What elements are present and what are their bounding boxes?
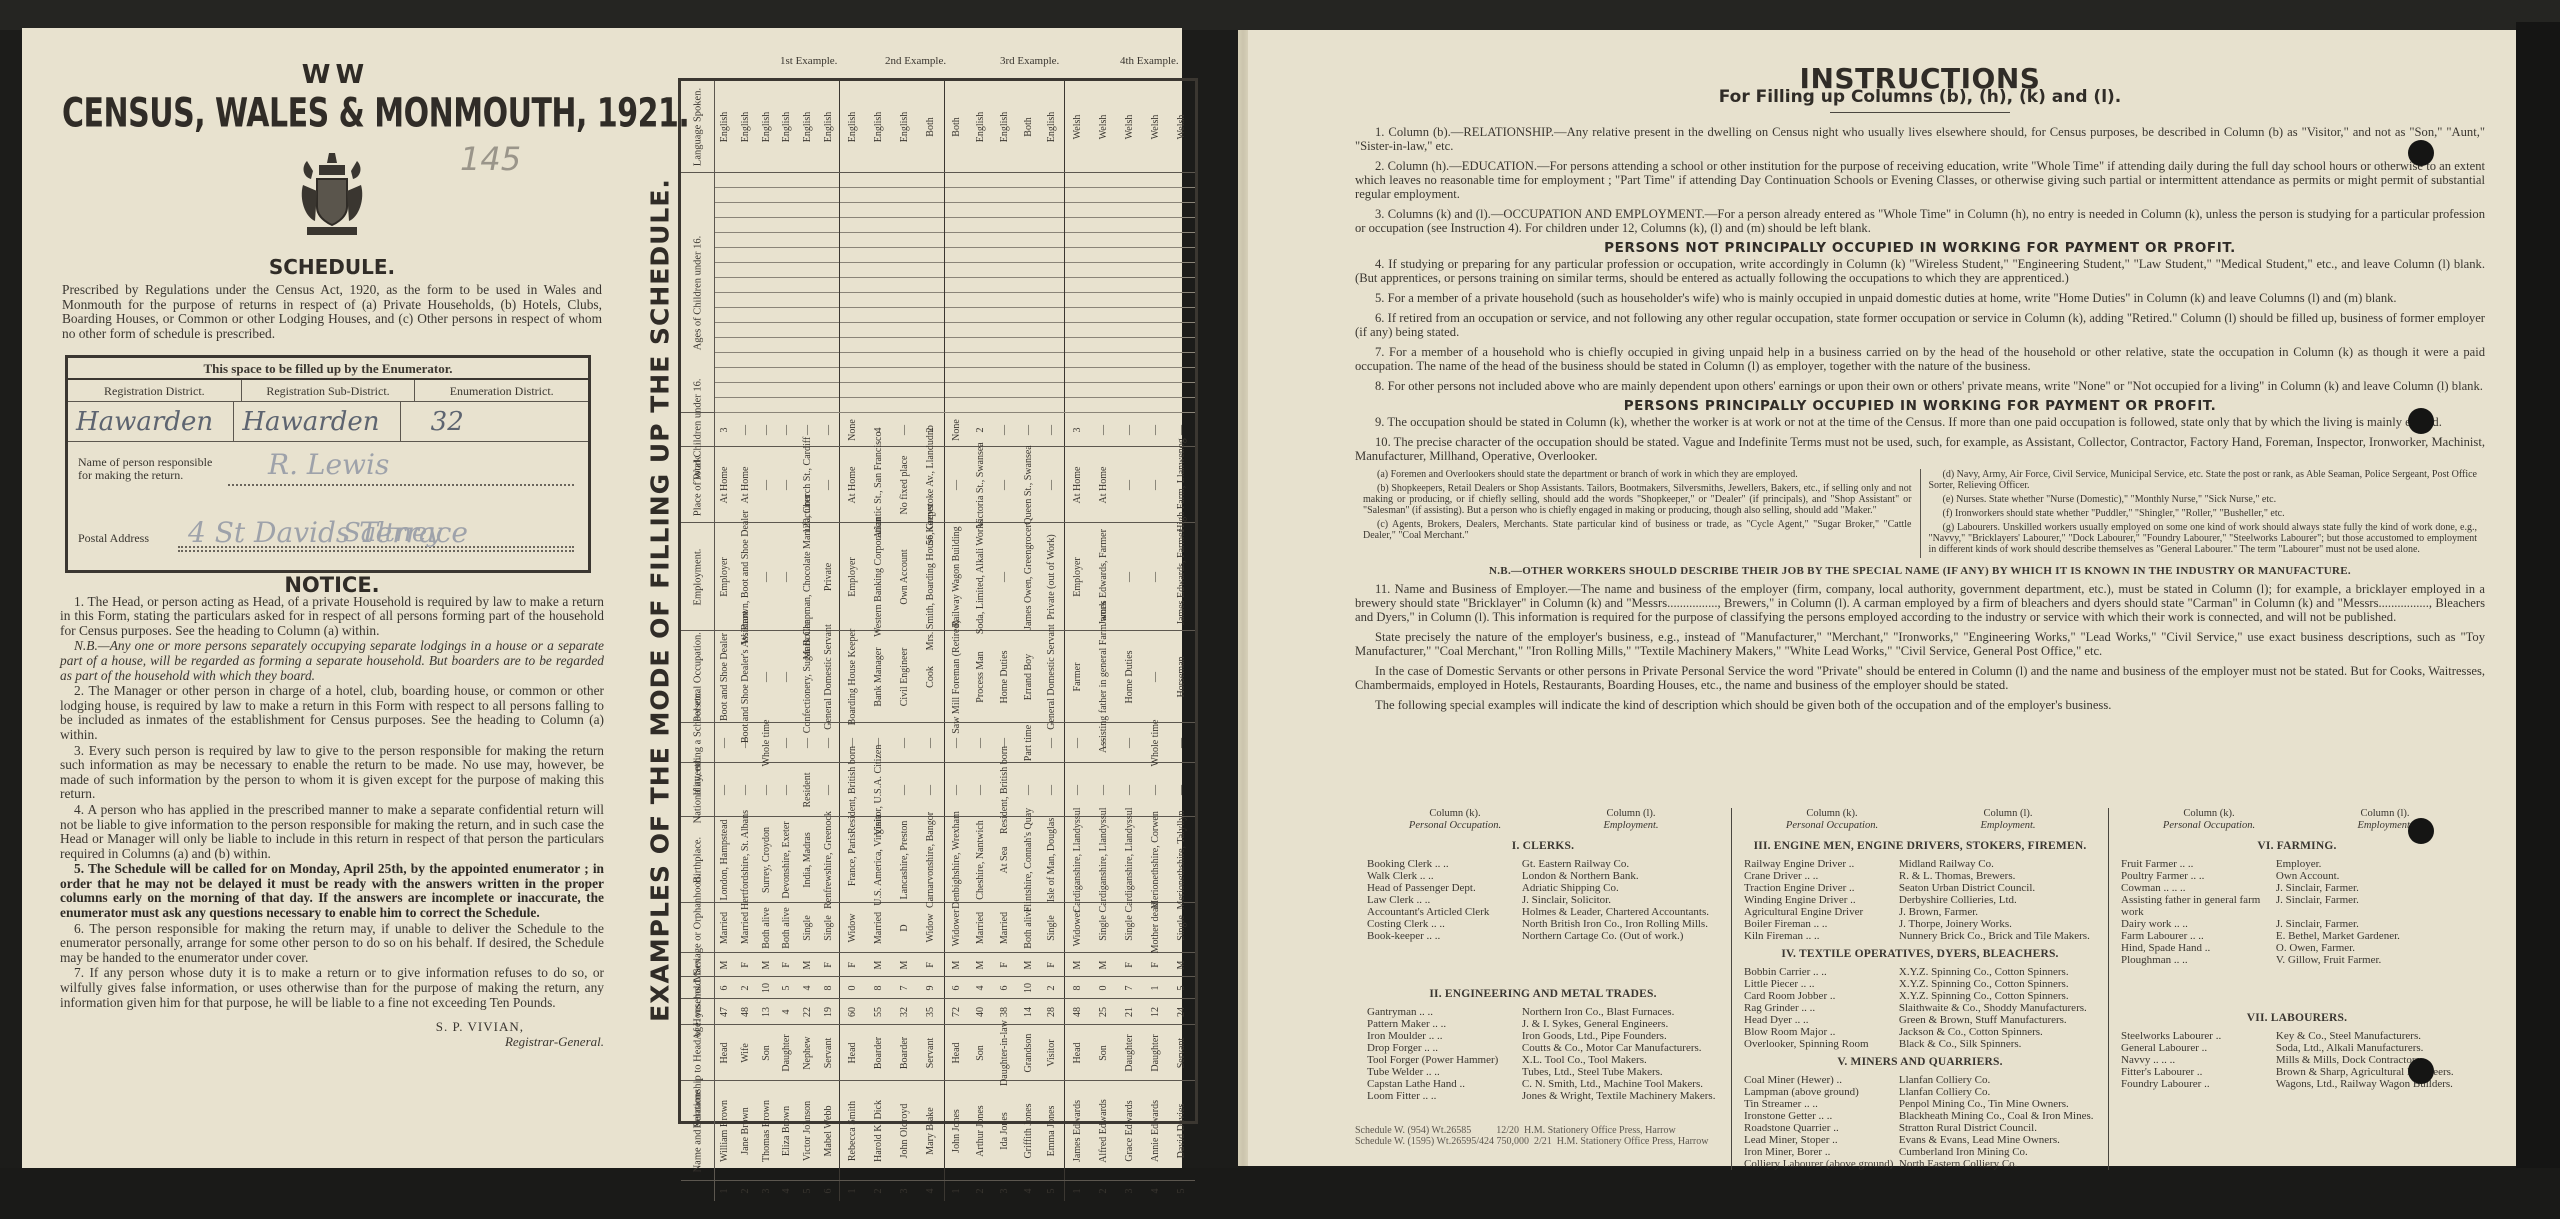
table-cell-value: Annie Edwards xyxy=(1151,1100,1162,1162)
printer-imprint-line-2: Schedule W. (1595) Wt.26595/424 750,000 … xyxy=(1355,1136,1708,1147)
table-cell: — xyxy=(777,631,798,722)
table-cell: 10 xyxy=(756,977,777,998)
example-group-1: 123456 xyxy=(715,1181,840,1201)
list-item: Iron Miner, Borer ..Cumberland Iron Mini… xyxy=(1744,1146,2096,1158)
table-cell: Atlantic St., San Francisco xyxy=(866,447,892,522)
list-item: Rag Grinder .. ..Slaithwaite & Co., Shod… xyxy=(1744,1002,2096,1014)
employment: North British Iron Co., Iron Rolling Mil… xyxy=(1522,918,1719,930)
list-item: Booking Clerk .. ..Gt. Eastern Railway C… xyxy=(1367,858,1719,870)
enumerator-box: This space to be filled up by the Enumer… xyxy=(65,355,591,573)
table-cell-value: 8 xyxy=(1073,985,1084,990)
table-cell: — xyxy=(993,447,1017,522)
table-cell-value: Devonshire, Exeter xyxy=(782,821,793,898)
personal-occupation: Capstan Lathe Hand .. xyxy=(1367,1078,1522,1090)
table-cell-value: — xyxy=(1125,480,1136,490)
example-group-1: ——Whole time——— xyxy=(715,723,840,762)
table-cell-value: — xyxy=(1177,738,1188,748)
employment: Northern Cartage Co. (Out of work.) xyxy=(1522,930,1719,942)
notice-paragraph-4: 4. A person who has applied in the presc… xyxy=(60,803,604,861)
table-cell-value: Daughter xyxy=(1125,1034,1136,1071)
examples-column-birth: Birthplace.London, HampsteadHertfordshir… xyxy=(681,817,1195,903)
table-cell: — xyxy=(715,763,736,816)
table-cell: 2 xyxy=(866,1181,892,1201)
table-cell: — xyxy=(736,763,757,816)
table-cell-value: Single xyxy=(823,915,834,941)
table-cell-value: — xyxy=(741,738,752,748)
table-cell-value: — xyxy=(782,480,793,490)
table-cell-value: 0 xyxy=(1099,985,1110,990)
table-cell: 4 xyxy=(798,977,819,998)
table-cell-value: James Edwards xyxy=(1073,1100,1084,1162)
table-cell-value: General Domestic Servant xyxy=(823,624,834,730)
table-cell-value: At Home xyxy=(1099,466,1110,503)
table-cell-value: English xyxy=(720,111,731,142)
employment: Coutts & Co., Motor Car Manufacturers. xyxy=(1522,1042,1719,1054)
employment: Employer. xyxy=(2276,858,2473,870)
table-cell-value: Emma Jones xyxy=(1047,1105,1058,1156)
list-item: Blow Room Major ..Jackson & Co., Cotton … xyxy=(1744,1026,2096,1038)
table-cell: — xyxy=(1117,723,1143,762)
list-item: Pattern Maker .. ..J. & I. Sykes, Genera… xyxy=(1367,1018,1719,1030)
table-cell: F xyxy=(777,953,798,976)
examples-column-name: Name and SurnameWilliam BrownJane BrownT… xyxy=(681,1081,1195,1181)
table-cell-value: Victor Johnson xyxy=(803,1100,814,1160)
example-group-1: HeadWifeSonDaughterNephewServant xyxy=(715,1025,840,1080)
table-cell-value: — xyxy=(1177,785,1188,795)
table-cell: — xyxy=(945,723,969,762)
list-item: Bobbin Carrier .. ..X.Y.Z. Spinning Co.,… xyxy=(1744,966,2096,978)
table-cell-value: Single xyxy=(1177,915,1188,941)
list-item: Accountant's Articled ClerkHolmes & Lead… xyxy=(1367,906,1719,918)
table-cell: 2 xyxy=(736,977,757,998)
example-group-2 xyxy=(840,173,946,412)
table-cell xyxy=(1117,173,1143,412)
personal-occupation: Poultry Farmer .. .. xyxy=(2121,870,2276,882)
table-cell: 3 xyxy=(1065,413,1091,446)
table-cell-value: Hertfordshire, St. Albans xyxy=(741,810,752,910)
table-cell: — xyxy=(818,763,839,816)
table-cell: — xyxy=(1117,413,1143,446)
table-cell: 0 xyxy=(1091,977,1117,998)
personal-occupation: Fruit Farmer .. .. xyxy=(2121,858,2276,870)
table-cell: — xyxy=(993,413,1017,446)
category-heading: III. ENGINE MEN, ENGINE DRIVERS, STOKERS… xyxy=(1744,840,2096,852)
table-cell: Surrey, Croydon xyxy=(756,817,777,902)
table-cell-value: — xyxy=(1151,672,1162,682)
table-cell-value: 7 xyxy=(1125,985,1136,990)
table-cell-value: 4 xyxy=(782,1189,793,1194)
table-cell: India, Madras xyxy=(798,817,819,902)
personal-occupation: Farm Labourer .. .. xyxy=(2121,930,2276,942)
table-cell: English xyxy=(969,81,993,172)
scan-border-right xyxy=(2516,22,2560,1172)
table-cell-value: 4 xyxy=(1151,1189,1162,1194)
table-cell: 1 xyxy=(840,1181,866,1201)
table-cell-value: Both alive xyxy=(761,907,772,948)
table-cell: 14 xyxy=(1017,999,1041,1024)
table-cell: Boarder xyxy=(866,1025,892,1080)
table-cell: Both xyxy=(918,81,944,172)
column-l-label: Column (l).Employment. xyxy=(1920,808,2096,832)
table-cell: F xyxy=(736,953,757,976)
employment: J. Sinclair, Solicitor. xyxy=(1522,894,1719,906)
table-cell: 4 xyxy=(969,977,993,998)
table-cell: — xyxy=(1117,523,1143,630)
list-item: Ploughman .. ..V. Gillow, Fruit Farmer. xyxy=(2121,954,2473,966)
column-cells: Boot and Shoe DealerBoot and Shoe Dealer… xyxy=(715,631,1195,722)
table-cell: France, Paris xyxy=(840,817,866,902)
column-cells: HeadWifeSonDaughterNephewServantHeadBoar… xyxy=(715,1025,1195,1080)
registration-district-label: Registration District. xyxy=(68,380,242,401)
personal-occupation: Coal Miner (Hewer) .. xyxy=(1744,1074,1899,1086)
example-group-3 xyxy=(945,173,1065,412)
table-cell-value: 32 xyxy=(900,1007,911,1017)
example-group-2: EnglishEnglishEnglishBoth xyxy=(840,81,946,172)
table-cell-value: — xyxy=(823,480,834,490)
table-cell-value: English xyxy=(848,111,859,142)
examples-column-lang: Language Spoken.EnglishEnglishEnglishEng… xyxy=(681,81,1195,173)
table-cell: Saw Mill Foreman (Retired) xyxy=(945,631,969,722)
table-cell-value: Single xyxy=(1099,915,1110,941)
table-cell: English xyxy=(777,81,798,172)
table-cell-value: 6 xyxy=(952,985,963,990)
table-cell: Employer xyxy=(840,523,866,630)
table-cell: Grace Edwards xyxy=(1117,1081,1143,1180)
examples-column-sex: Sex.MFMFMFFMMFMMFMFMMFFM xyxy=(681,953,1195,977)
dotted-line xyxy=(228,484,574,486)
responsible-person-value[interactable]: R. Lewis xyxy=(268,448,389,481)
example-group-1: 6210548 xyxy=(715,977,840,998)
examples-column-school: If attending a School etc.——Whole time——… xyxy=(681,723,1195,763)
column-header-label: Place of Work. xyxy=(693,453,704,515)
example-group-2: WidowMarriedDWidow xyxy=(840,903,946,952)
example-group-1: London, HampsteadHertfordshire, St. Alba… xyxy=(715,817,840,902)
employment: Jackson & Co., Cotton Spinners. xyxy=(1899,1026,2096,1038)
table-cell-value: Saw Mill Foreman (Retired) xyxy=(952,620,963,734)
table-cell-value: English xyxy=(900,111,911,142)
examples-column-occ: Personal Occupation.Boot and Shoe Dealer… xyxy=(681,631,1195,723)
list-item: Overlooker, Spinning RoomBlack & Co., Si… xyxy=(1744,1038,2096,1050)
prescribed-text: Prescribed by Regulations under the Cens… xyxy=(62,283,602,341)
table-cell-value: Welsh xyxy=(1099,114,1110,139)
scan-border-top xyxy=(0,0,2560,30)
table-cell-value: Western Banking Corporation xyxy=(874,517,885,637)
example-group-3: None2——— xyxy=(945,413,1065,446)
table-cell: — xyxy=(1041,447,1065,522)
table-cell: High Farm, Llanwenog xyxy=(1169,447,1195,522)
table-cell xyxy=(715,173,736,412)
table-cell: — xyxy=(1143,631,1169,722)
table-cell: 6 xyxy=(818,1181,839,1201)
table-cell-value: Employer xyxy=(720,557,731,596)
table-cell-value: 0 xyxy=(848,985,859,990)
table-cell: — xyxy=(1017,413,1041,446)
table-cell-value: F xyxy=(1151,962,1162,968)
table-cell xyxy=(993,173,1017,412)
table-cell: M xyxy=(798,953,819,976)
employment: E. Bethel, Market Gardener. xyxy=(2276,930,2473,942)
table-cell-value: Single xyxy=(803,915,814,941)
table-cell-value: English xyxy=(1000,111,1011,142)
table-cell: Annie Edwards xyxy=(1143,1081,1169,1180)
list-item: Fruit Farmer .. ..Employer. xyxy=(2121,858,2473,870)
example-group-2: Resident, British bornVisitor, U.S.A. Ci… xyxy=(840,763,946,816)
schedule-heading: SCHEDULE. xyxy=(62,255,602,279)
employment: North Eastern Colliery Co. xyxy=(1899,1158,2096,1170)
example-group-3: WidowerMarriedMarriedBoth aliveSingle xyxy=(945,903,1065,952)
list-item: Capstan Lathe Hand ..C. N. Smith, Ltd., … xyxy=(1367,1078,1719,1090)
table-cell: At Home xyxy=(840,447,866,522)
list-item: Lead Miner, Stoper ..Evans & Evans, Lead… xyxy=(1744,1134,2096,1146)
table-cell-value: Isle of Man, Douglas xyxy=(1047,817,1058,901)
example-label-3: 3rd Example. xyxy=(1000,55,1059,67)
table-cell: — xyxy=(969,723,993,762)
table-cell-value: — xyxy=(1023,425,1034,435)
table-cell-value: — xyxy=(1073,738,1084,748)
column-cells: London, HampsteadHertfordshire, St. Alba… xyxy=(715,817,1195,902)
table-cell-value: Widow xyxy=(848,913,859,942)
punch-hole xyxy=(2408,140,2434,166)
table-cell: Griffith Jones xyxy=(1017,1081,1041,1180)
nb-other-workers: N.B.—OTHER WORKERS SHOULD DESCRIBE THEIR… xyxy=(1355,564,2485,578)
table-cell: Single xyxy=(1041,903,1065,952)
registration-subdistrict-value[interactable]: Hawarden xyxy=(234,402,400,441)
table-cell: Cook xyxy=(918,631,944,722)
table-cell: Thomas Brown xyxy=(756,1081,777,1180)
table-cell-value: — xyxy=(761,480,772,490)
example-label-2: 2nd Example. xyxy=(885,55,946,67)
instructions-subtitle: For Filling up Columns (b), (h), (k) and… xyxy=(1355,90,2485,104)
note-c: (c) Agents, Brokers, Dealers, Merchants.… xyxy=(1363,519,1912,541)
table-cell: — xyxy=(736,413,757,446)
employment: Midland Railway Co. xyxy=(1899,858,2096,870)
example-group-3: 646102 xyxy=(945,977,1065,998)
table-cell-value: Daughter xyxy=(1151,1034,1162,1071)
table-cell-value: M xyxy=(1177,960,1188,969)
personal-occupation: Hind, Spade Hand .. xyxy=(2121,942,2276,954)
table-cell-value: Daughter-in-law xyxy=(1000,1020,1011,1086)
instruction-6: 6. If retired from an occupation or serv… xyxy=(1355,311,2485,339)
employment: Blackheath Mining Co., Coal & Iron Mines… xyxy=(1899,1110,2096,1122)
table-cell-value: 19 xyxy=(823,1007,834,1017)
table-cell-value: 4 xyxy=(926,1189,937,1194)
column-header: Place of Work. xyxy=(681,447,715,522)
employment: Holmes & Leader, Chartered Accountants. xyxy=(1522,906,1719,918)
column-header-label: Sex. xyxy=(693,955,704,973)
list-item: Book-keeper .. ..Northern Cartage Co. (O… xyxy=(1367,930,1719,942)
table-cell-value: — xyxy=(741,785,752,795)
table-cell: F xyxy=(1143,953,1169,976)
table-cell-value: F xyxy=(741,962,752,968)
table-cell xyxy=(1169,173,1195,412)
table-cell-value: 13 xyxy=(761,1007,772,1017)
table-cell: M xyxy=(1169,953,1195,976)
table-cell-value: Daughter xyxy=(782,1034,793,1071)
table-cell: M xyxy=(1017,953,1041,976)
personal-occupation: Rag Grinder .. .. xyxy=(1744,1002,1899,1014)
table-cell: Resident xyxy=(798,763,819,816)
table-cell: M xyxy=(969,953,993,976)
table-cell-value: Married xyxy=(1000,911,1011,943)
table-cell: — xyxy=(798,723,819,762)
table-cell-value: 5 xyxy=(1177,985,1188,990)
instruction-4: 4. If studying or preparing for any part… xyxy=(1355,257,2485,285)
table-cell: At Sea xyxy=(993,817,1017,902)
personal-occupation: Head of Passenger Dept. xyxy=(1367,882,1522,894)
table-cell: 2 xyxy=(1041,977,1065,998)
table-cell-value: Grace Edwards xyxy=(1125,1100,1136,1161)
table-cell-value: — xyxy=(926,738,937,748)
table-cell: — xyxy=(1065,723,1091,762)
table-cell-value: Both xyxy=(952,117,963,136)
table-cell-value: 3 xyxy=(1073,427,1084,432)
table-cell: Widower xyxy=(1065,903,1091,952)
table-cell-value: Both xyxy=(1023,117,1034,136)
table-cell: 28 xyxy=(1041,999,1065,1024)
personal-occupation: Tube Welder .. .. xyxy=(1367,1066,1522,1078)
table-cell: — xyxy=(969,763,993,816)
table-cell: Both alive xyxy=(1017,903,1041,952)
table-cell xyxy=(1065,173,1091,412)
list-item: Little Piecer .. ..X.Y.Z. Spinning Co., … xyxy=(1744,978,2096,990)
table-cell-value: 1 xyxy=(1073,1189,1084,1194)
table-cell-value: James Edwards, Farmer xyxy=(1177,529,1188,625)
enumerator-box-columns: Registration District. Registration Sub-… xyxy=(68,380,588,402)
table-cell-value: English xyxy=(874,111,885,142)
instruction-employer-business: State precisely the nature of the employ… xyxy=(1355,630,2485,658)
table-cell-value: — xyxy=(782,672,793,682)
table-cell-value: — xyxy=(976,738,987,748)
table-cell-value: — xyxy=(761,672,772,682)
example-group-1: 47481342219 xyxy=(715,999,840,1024)
table-cell-value: 72 xyxy=(952,1007,963,1017)
personal-occupation: Iron Miner, Borer .. xyxy=(1744,1146,1899,1158)
table-cell-value: — xyxy=(952,738,963,748)
employment: X.Y.Z. Spinning Co., Cotton Spinners. xyxy=(1899,978,2096,990)
table-cell: Cardiganshire, Llandyssul xyxy=(1117,817,1143,902)
example-group-3: BothEnglishEnglishBothEnglish xyxy=(945,81,1065,172)
printer-imprint: Schedule W. (954) Wt.26585 12/20 H.M. St… xyxy=(1355,1125,1708,1147)
personal-occupation: Steelworks Labourer .. xyxy=(2121,1030,2276,1042)
table-cell-value: 48 xyxy=(1073,1007,1084,1017)
table-cell-value: — xyxy=(823,785,834,795)
table-cell-value: — xyxy=(1099,425,1110,435)
postal-address-line2[interactable]: Saltney xyxy=(343,518,442,548)
instruction-domestic-servants: In the case of Domestic Servants or othe… xyxy=(1355,664,2485,692)
table-cell: Son xyxy=(969,1025,993,1080)
enumeration-district-value[interactable]: 32 xyxy=(401,402,588,441)
table-cell-value: Welsh xyxy=(1073,114,1084,139)
personal-occupation: Roadstone Quarrier .. xyxy=(1744,1122,1899,1134)
employment: X.Y.Z. Spinning Co., Cotton Spinners. xyxy=(1899,966,2096,978)
table-cell-value: Visitor xyxy=(1047,1039,1058,1066)
special-examples-col-1: Column (k).Personal Occupation.Column (l… xyxy=(1355,808,1731,1170)
column-l-label: Column (l).Employment. xyxy=(2297,808,2473,832)
note-a: (a) Foremen and Overlookers should state… xyxy=(1363,469,1912,480)
table-cell-value: English xyxy=(1047,111,1058,142)
employment: J. Sinclair, Farmer. xyxy=(2276,882,2473,894)
dotted-line xyxy=(178,550,574,552)
table-cell-value: Home Duties xyxy=(1000,650,1011,703)
table-cell-value: Head xyxy=(1073,1042,1084,1063)
personal-occupation: Drop Forger .. .. xyxy=(1367,1042,1522,1054)
table-cell: Visitor, U.S.A. Citizen xyxy=(866,763,892,816)
table-cell: 2 xyxy=(1091,1181,1117,1201)
table-cell: Isle of Man, Douglas xyxy=(1041,817,1065,902)
table-cell-value: Merionethshire, Corwen xyxy=(1151,811,1162,909)
table-cell-value: Private xyxy=(823,562,834,590)
registration-district-value[interactable]: Hawarden xyxy=(68,402,234,441)
table-cell-value: Railway Wagon Building xyxy=(952,526,963,627)
table-cell-value: Part time xyxy=(1023,724,1034,760)
table-cell-value: M xyxy=(952,960,963,969)
heading-principally-occupied: PERSONS PRINCIPALLY OCCUPIED IN WORKING … xyxy=(1355,399,2485,413)
notice-paragraph-7: 7. If any person whose duty it is to mak… xyxy=(60,966,604,1010)
table-cell: Both xyxy=(945,81,969,172)
table-cell: Mark Chapman, Chocolate Manufacturer xyxy=(798,523,819,630)
list-item: Costing Clerk .. ..North British Iron Co… xyxy=(1367,918,1719,930)
postal-address-label: Postal Address xyxy=(78,532,149,545)
list-item: Kiln Fireman .. ..Nunnery Brick Co., Bri… xyxy=(1744,930,2096,942)
table-cell: Resident, British born xyxy=(840,763,866,816)
table-cell: 4 xyxy=(1143,1181,1169,1201)
table-cell-value: Servant xyxy=(926,1037,937,1068)
table-cell: Boot and Shoe Dealer xyxy=(715,631,736,722)
table-cell-value: Resident xyxy=(803,772,814,807)
table-cell: Servant xyxy=(918,1025,944,1080)
instruction-11: 11. Name and Business of Employer.—The n… xyxy=(1355,582,2485,624)
table-cell: — xyxy=(892,763,918,816)
table-cell: At Home xyxy=(715,447,736,522)
table-cell: Head xyxy=(1065,1025,1091,1080)
table-cell: — xyxy=(1143,447,1169,522)
table-cell: English xyxy=(993,81,1017,172)
table-cell: 21 xyxy=(1117,999,1143,1024)
table-cell-value: F xyxy=(823,962,834,968)
table-cell-value: — xyxy=(1099,785,1110,795)
table-cell-value: At Home xyxy=(1073,466,1084,503)
printer-imprint-line-1: Schedule W. (954) Wt.26585 12/20 H.M. St… xyxy=(1355,1125,1708,1136)
table-cell-value: Home Duties xyxy=(1125,650,1136,703)
table-cell-value: 1 xyxy=(1151,985,1162,990)
personal-occupation: Ironstone Getter .. .. xyxy=(1744,1110,1899,1122)
table-cell-value: Rebecca Smith xyxy=(848,1100,859,1160)
table-cell: 19 xyxy=(818,999,839,1024)
table-cell-value: 7 xyxy=(900,985,911,990)
table-cell-value: M xyxy=(803,960,814,969)
table-cell: English xyxy=(818,81,839,172)
personal-occupation: Walk Clerk .. .. xyxy=(1367,870,1522,882)
table-cell-value: — xyxy=(900,785,911,795)
table-cell: — xyxy=(945,763,969,816)
table-cell: James Edwards xyxy=(1065,1081,1091,1180)
table-cell-value: — xyxy=(1000,572,1011,582)
table-cell: Part time xyxy=(1017,723,1041,762)
example-group-4: James EdwardsAlfred EdwardsGrace Edwards… xyxy=(1065,1081,1195,1180)
examples-column-mar: Marriage or Orphanhood.MarriedMarriedBot… xyxy=(681,903,1195,953)
table-cell-value: 6 xyxy=(1000,985,1011,990)
list-item: Head Dyer .. ..Green & Brown, Stuff Manu… xyxy=(1744,1014,2096,1026)
table-cell: Welsh xyxy=(1143,81,1169,172)
table-cell: Visitor xyxy=(1041,1025,1065,1080)
table-cell xyxy=(969,173,993,412)
instruction-10: 10. The precise character of the occupat… xyxy=(1355,435,2485,463)
column-header: Relationship to Head of Household. xyxy=(681,1025,715,1080)
employment: X.L. Tool Co., Tool Makers. xyxy=(1522,1054,1719,1066)
employment: Tubes, Ltd., Steel Tube Makers. xyxy=(1522,1066,1719,1078)
table-cell: M xyxy=(866,953,892,976)
column-cells: 474813422196055323572403814284825211224 xyxy=(715,999,1195,1024)
